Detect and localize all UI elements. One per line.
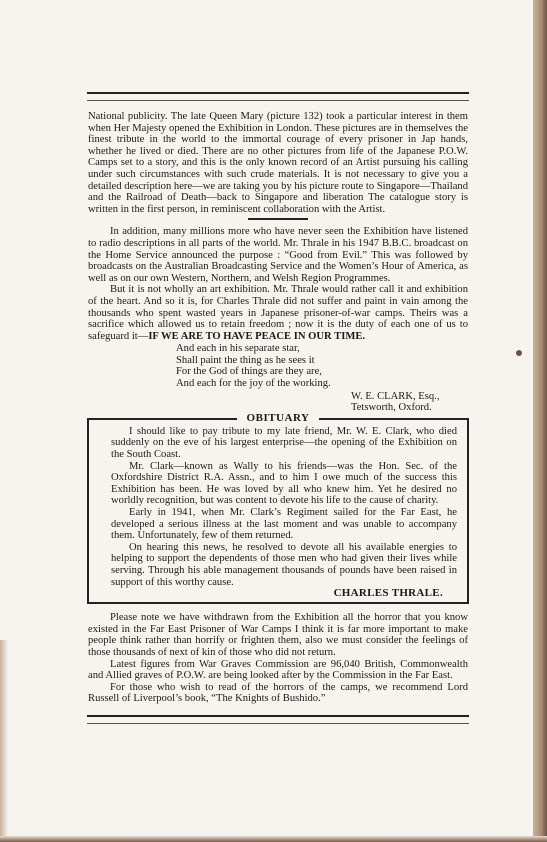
obituary-rule-right xyxy=(319,418,469,420)
page-edge-left xyxy=(0,640,8,842)
page-edge-bottom xyxy=(0,836,547,842)
obituary-header: OBITUARY xyxy=(87,413,469,425)
poem-line: And each for the joy of the working. xyxy=(176,378,468,390)
recommendation-paragraph: For those who wish to read of the horror… xyxy=(88,682,468,705)
war-graves-paragraph: Latest figures from War Graves Commissio… xyxy=(88,659,468,682)
poem: And each in his separate star, Shall pai… xyxy=(176,343,468,389)
page-content: National publicity. The late Queen Mary … xyxy=(88,92,468,734)
paper-speck xyxy=(516,350,522,356)
withdrawn-paragraph: Please note we have withdrawn from the E… xyxy=(88,612,468,658)
obituary-paragraph: Mr. Clark—known as Wally to his friends—… xyxy=(111,461,457,507)
obituary-rule-left xyxy=(87,418,237,420)
bottom-double-rule xyxy=(87,715,469,724)
poem-line: Shall paint the thing as he sees it xyxy=(176,355,468,367)
obituary-signature: CHARLES THRALE. xyxy=(330,588,447,600)
heart-paragraph: But it is not wholly an art exhibition. … xyxy=(88,284,468,342)
section-divider xyxy=(248,218,308,220)
poem-line: For the God of things are they are, xyxy=(176,366,468,378)
obituary-box: OBITUARY I should like to pay tribute to… xyxy=(87,420,469,604)
obituary-paragraph: Early in 1941, when Mr. Clark’s Regiment… xyxy=(111,507,457,542)
radio-paragraph: In addition, many millions more who have… xyxy=(88,226,468,284)
obituary-signature-row: CHARLES THRALE. xyxy=(111,590,457,602)
obituary-paragraph: I should like to pay tribute to my late … xyxy=(111,426,457,461)
obituary-title: OBITUARY xyxy=(237,413,320,425)
signoff: W. E. CLARK, Esq., Tetsworth, Oxford. xyxy=(351,391,468,414)
closing-section: Please note we have withdrawn from the E… xyxy=(88,612,468,705)
intro-paragraph: National publicity. The late Queen Mary … xyxy=(88,111,468,215)
document-page: National publicity. The late Queen Mary … xyxy=(0,0,547,842)
top-double-rule xyxy=(87,92,469,101)
emphasis-text: IF WE ARE TO HAVE PEACE IN OUR TIME. xyxy=(148,331,365,342)
obituary-paragraph: On hearing this news, he resolved to dev… xyxy=(111,542,457,588)
poem-line: And each in his separate star, xyxy=(176,343,468,355)
signoff-name: W. E. CLARK, Esq., xyxy=(351,391,468,403)
page-edge-right xyxy=(533,0,547,842)
